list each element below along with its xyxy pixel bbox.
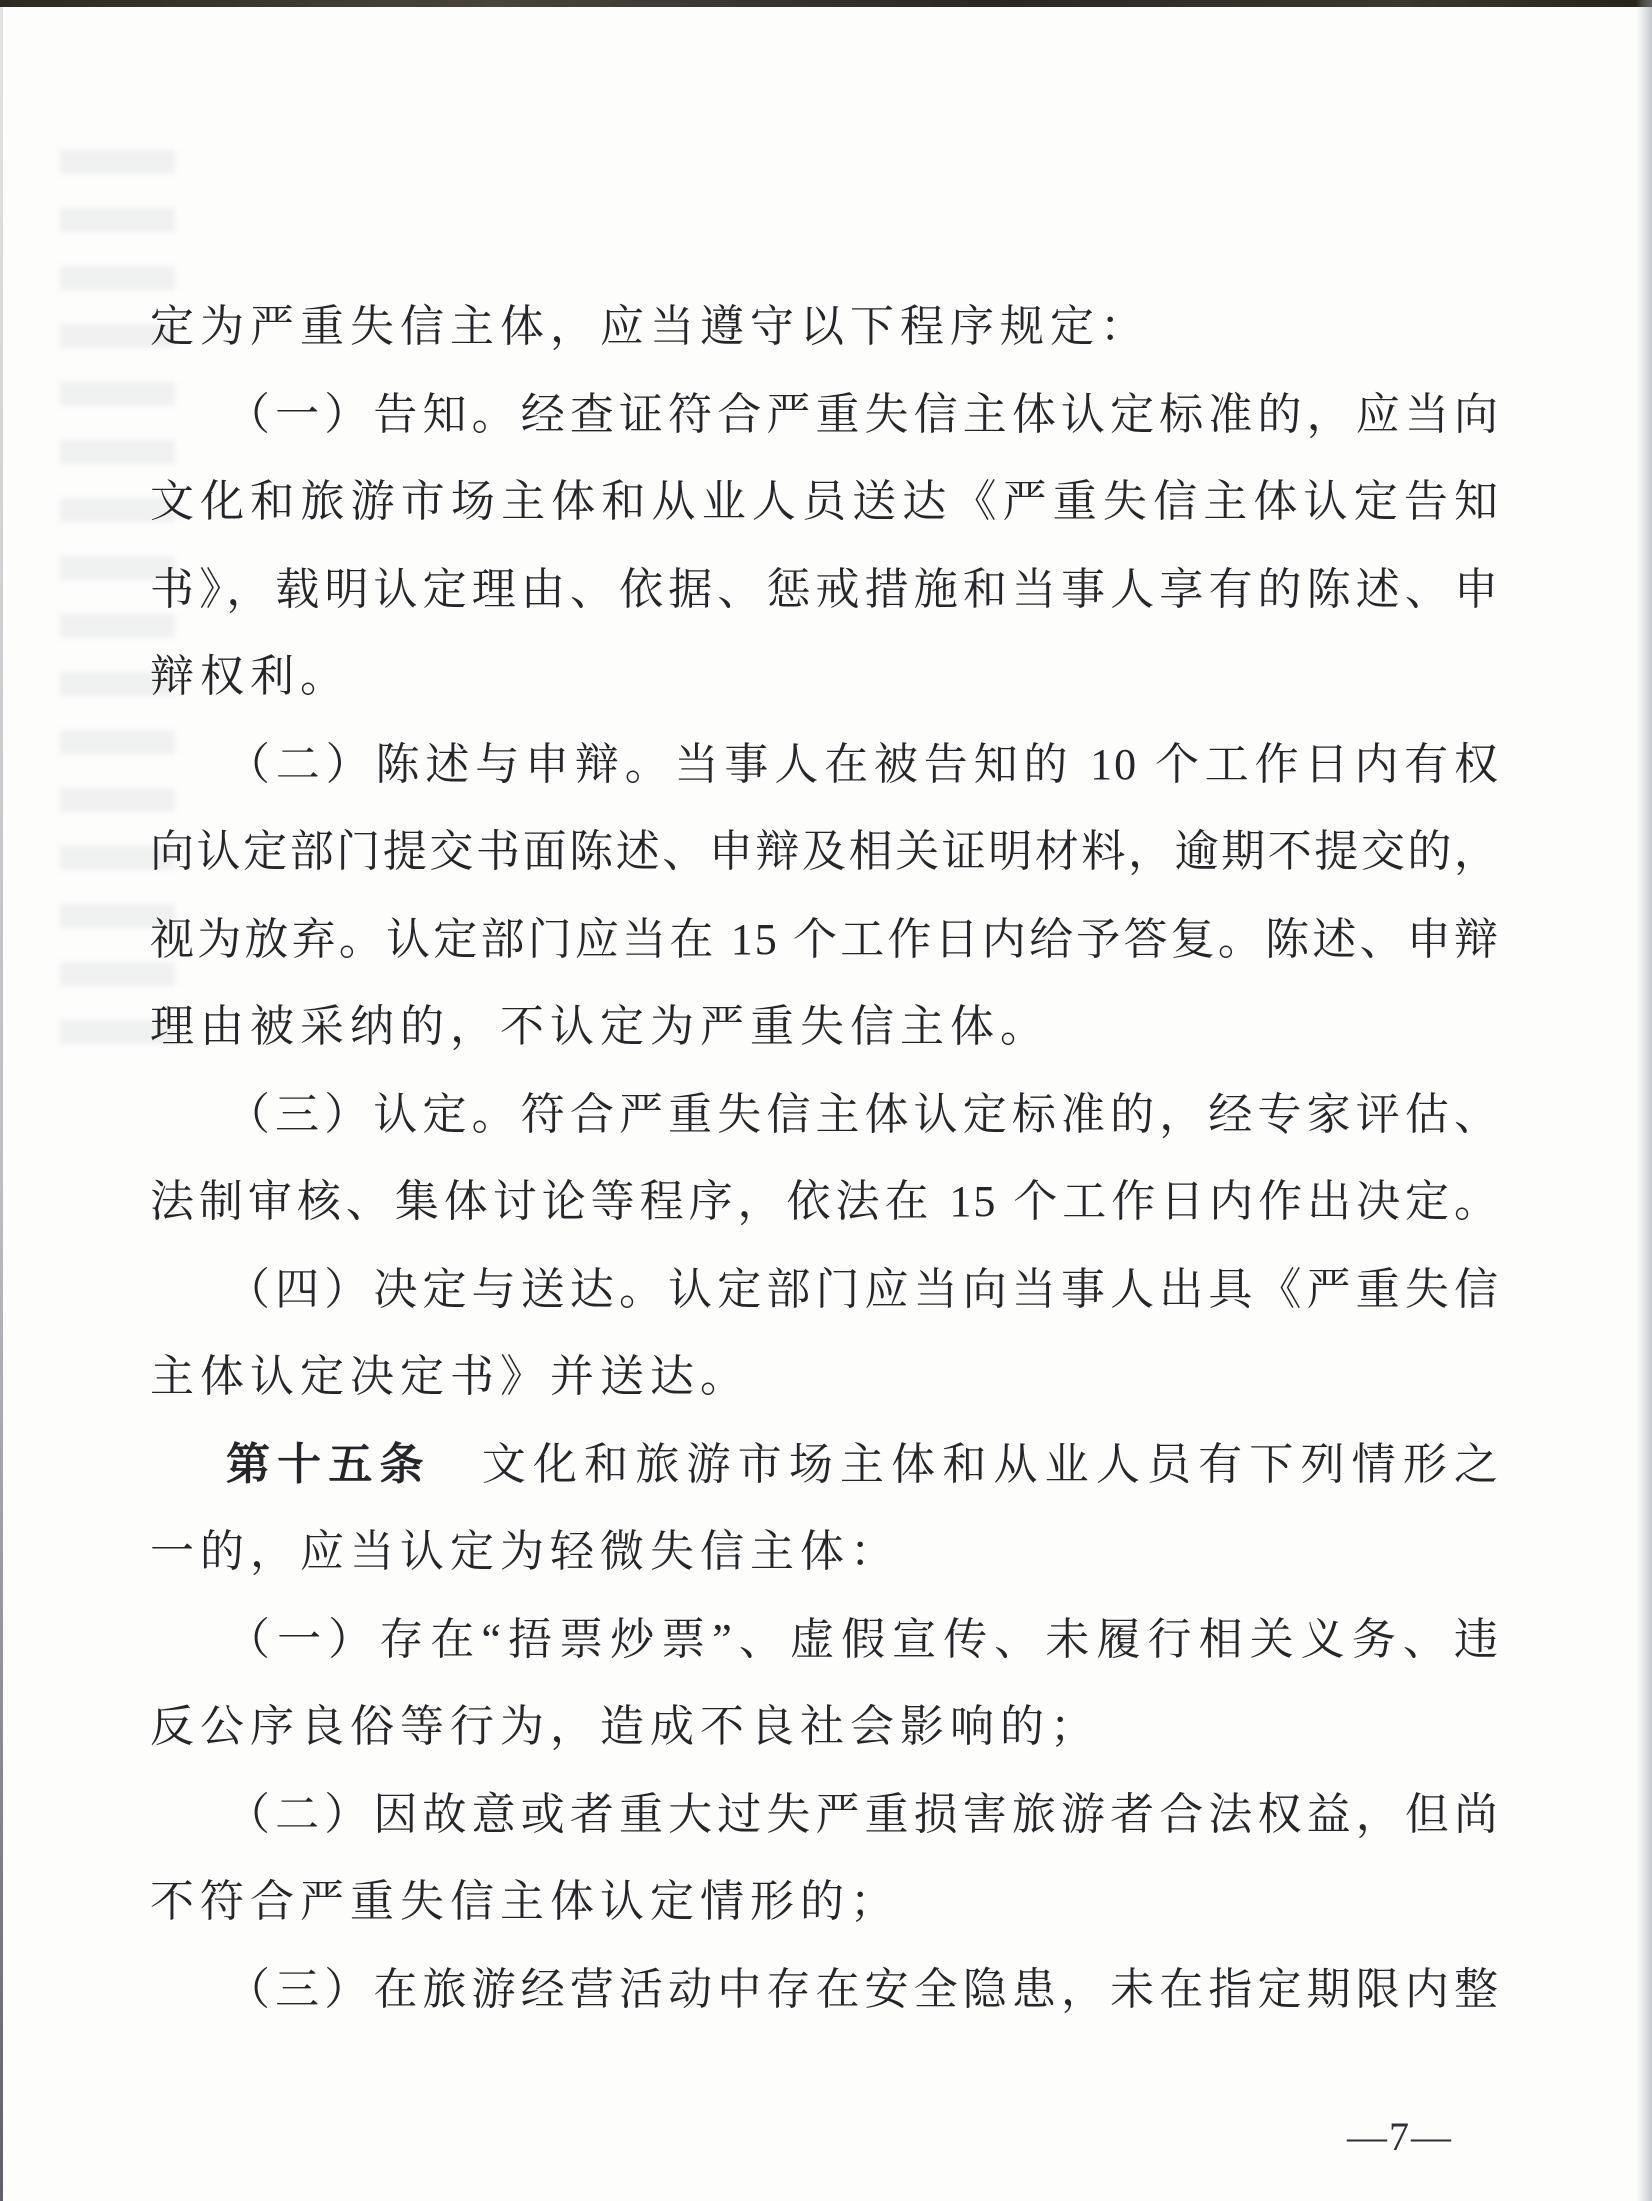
- article-15-heading-line: 第十五条 文化和旅游市场主体和从业人员有下列情形之: [150, 1421, 1500, 1509]
- document-body: 定为严重失信主体，应当遵守以下程序规定： （一）告知。经查证符合严重失信主体认定…: [150, 283, 1500, 2033]
- text-line: （一）存在“捂票炒票”、虚假宣传、未履行相关义务、违: [150, 1596, 1500, 1684]
- text-line: （二）陈述与申辩。当事人在被告知的 10 个工作日内有权: [150, 721, 1500, 809]
- text-line: 一的，应当认定为轻微失信主体：: [150, 1508, 1500, 1596]
- text-line: 文化和旅游市场主体和从业人员送达《严重失信主体认定告知: [150, 458, 1500, 546]
- text-line: 主体认定决定书》并送达。: [150, 1333, 1500, 1421]
- text-line: （三）在旅游经营活动中存在安全隐患，未在指定期限内整: [150, 1946, 1500, 2034]
- text-line: 法制审核、集体讨论等程序，依法在 15 个工作日内作出决定。: [150, 1158, 1500, 1246]
- text-line: 定为严重失信主体，应当遵守以下程序规定：: [150, 283, 1500, 371]
- text-line: 视为放弃。认定部门应当在 15 个工作日内给予答复。陈述、申辩: [150, 896, 1500, 984]
- page-number: —7—: [1347, 2112, 1453, 2162]
- text-line: 书》，载明认定理由、依据、惩戒措施和当事人享有的陈述、申: [150, 546, 1500, 634]
- scan-left-edge-artifact: [0, 0, 3, 2201]
- text-line: 理由被采纳的，不认定为严重失信主体。: [150, 983, 1500, 1071]
- text-line: 辩权利。: [150, 633, 1500, 721]
- text-line: 反公序良俗等行为，造成不良社会影响的；: [150, 1683, 1500, 1771]
- document-page: 定为严重失信主体，应当遵守以下程序规定： （一）告知。经查证符合严重失信主体认定…: [0, 0, 1652, 2201]
- text-line: （四）决定与送达。认定部门应当向当事人出具《严重失信: [150, 1246, 1500, 1334]
- scan-right-edge-artifact: [1636, 0, 1652, 2201]
- scan-top-edge-artifact: [0, 0, 1652, 7]
- article-number: 第十五条: [226, 1440, 431, 1489]
- text-line: （二）因故意或者重大过失严重损害旅游者合法权益，但尚: [150, 1771, 1500, 1859]
- text-line: 不符合严重失信主体认定情形的；: [150, 1858, 1500, 1946]
- text-line: 向认定部门提交书面陈述、申辩及相关证明材料，逾期不提交的，: [150, 808, 1500, 896]
- text-line: （一）告知。经查证符合严重失信主体认定标准的，应当向: [150, 371, 1500, 459]
- text-line: （三）认定。符合严重失信主体认定标准的，经专家评估、: [150, 1071, 1500, 1159]
